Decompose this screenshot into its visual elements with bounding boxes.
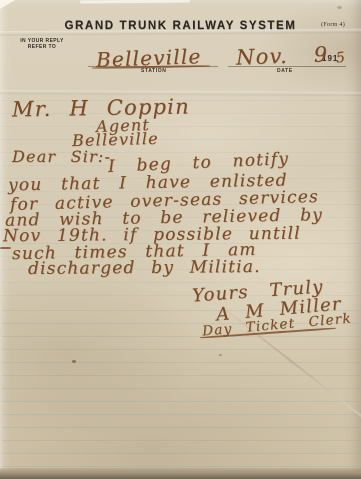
letterhead-title: GRAND TRUNK RAILWAY SYSTEM (0, 20, 361, 32)
ink-speck (337, 6, 342, 9)
handwritten-year-digit: 5 (335, 49, 347, 66)
margin-dash-stroke (0, 247, 11, 249)
scanned-letter: GRAND TRUNK RAILWAY SYSTEM (Form 4) IN Y… (0, 0, 361, 479)
paper-bottom-edge (0, 468, 361, 479)
date-label: DATE (277, 68, 293, 74)
body-line: discharged by Militia. (28, 257, 261, 279)
reply-note-line2: REFER TO (16, 44, 68, 50)
salutation: Dear Sir:- (12, 147, 111, 166)
handwritten-date: Nov. 9 (236, 42, 329, 69)
ink-speck (72, 360, 76, 363)
form-number: (Form 4) (321, 22, 345, 28)
ink-speck (219, 354, 222, 356)
scan-corner-artifact (0, 0, 15, 9)
scan-edge-artifact (80, 0, 190, 3)
reply-note: IN YOUR REPLY REFER TO (16, 38, 68, 50)
